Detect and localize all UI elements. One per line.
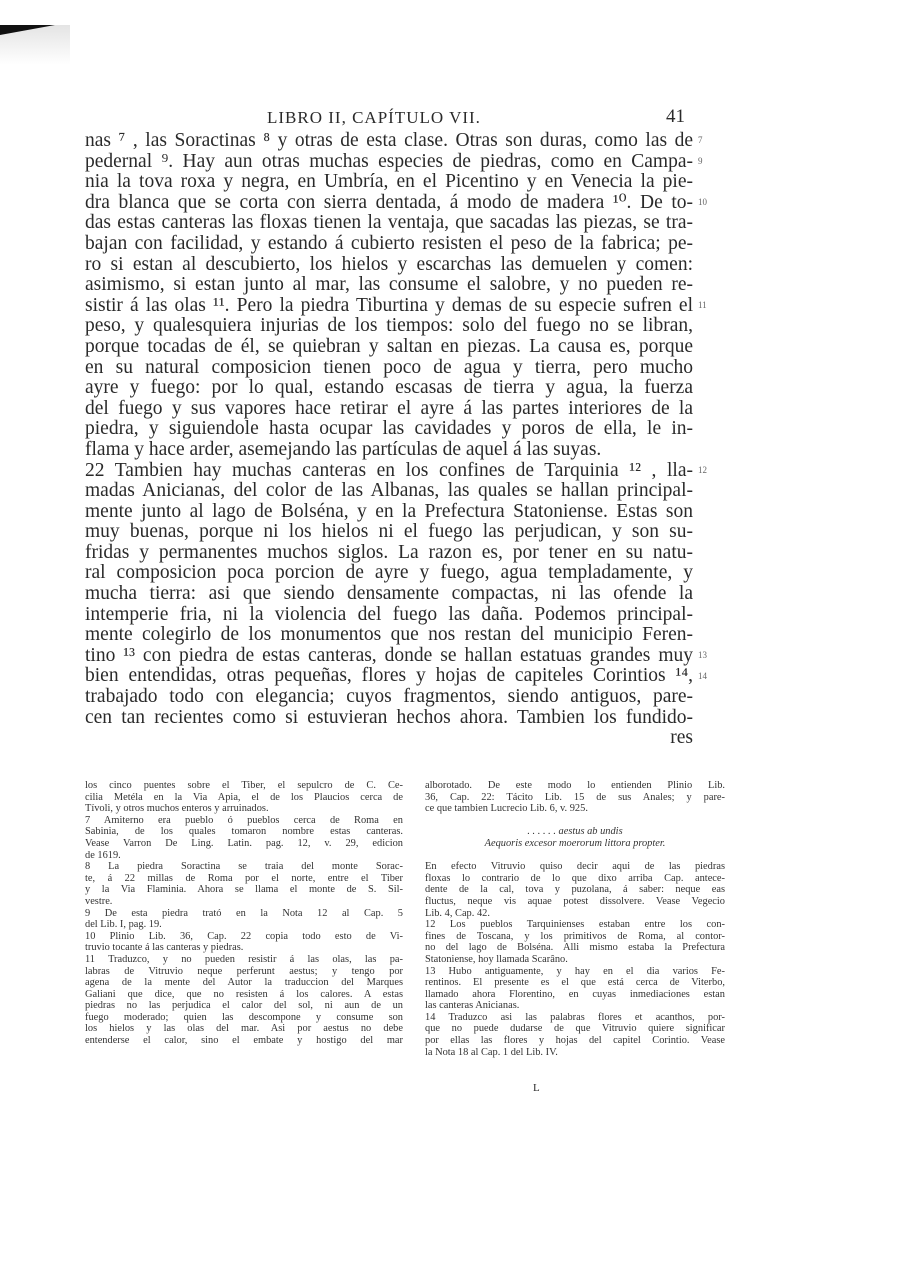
footnote-line: Aequoris excesor moerorum littora propte… [425,838,725,850]
footnote-line: los cinco puentes sobre el Tiber, el sep… [85,780,403,792]
footnote-line: 10 Plinio Lib. 36, Cap. 22 copia todo es… [85,931,403,943]
margin-note: 13 [698,650,707,660]
footnotes-left-column: los cinco puentes sobre el Tiber, el sep… [85,780,403,1047]
footnote-line: fines de Toscana, y los primitivos de Ro… [425,931,725,943]
footnote-line: En efecto Vitruvio quiso decir aqui de l… [425,861,725,873]
footnotes-right-column: alborotado. De este modo lo entienden Pl… [425,780,725,1058]
text-line: madas Anicianas, del color de las Albana… [85,481,693,502]
footnote-line: 13 Hubo antiguamente, y hay en el dia va… [425,966,725,978]
footnote-line: los hielos y las olas del mar. Asi por a… [85,1023,403,1035]
scan-corner-artifact [0,25,55,35]
text-line: 22 Tambien hay muchas canteras en los co… [85,461,693,482]
footnote-line: fluctus, neque vis aquae potest dissolve… [425,896,725,908]
footnote-line: no del lago de Bolséna. Alli mismo estab… [425,942,725,954]
text-line: porque tocadas de él, se quiebran y salt… [85,337,693,358]
text-line: peso, y qualesquiera injurias de los tie… [85,316,693,337]
text-line: nas ⁷ , las Soractinas ⁸ y otras de esta… [85,131,693,152]
footnote-line: del Lib. I, pag. 19. [85,919,403,931]
footnote-line: piedras no las perjudica el calor del so… [85,1000,403,1012]
footnote-line: . . . . . . aestus ab undis [425,826,725,838]
footnote-line [425,815,725,827]
text-line: das estas canteras las floxas tienen la … [85,213,693,234]
text-line: muy buenas, porque ni los hielos ni el f… [85,522,693,543]
text-line: bajan con facilidad, y estando á cubiert… [85,234,693,255]
text-line: dra blanca que se corta con sierra denta… [85,193,693,214]
footnote-line: rentinos. El presente es el que está cer… [425,977,725,989]
footnote-line: truvio tocante á las canteras y piedras. [85,942,403,954]
footnote-line: Lib. 4, Cap. 42. [425,908,725,920]
page-header: LIBRO II, CAPÍTULO VII. 41 [85,108,685,132]
running-head: LIBRO II, CAPÍTULO VII. [267,108,481,128]
footnote-line: Galiani que dice, que no resisten á los … [85,989,403,1001]
footnote-line: las canteras Anicianas. [425,1000,725,1012]
signature-mark: L [533,1082,540,1094]
footnote-line: labras de Vitruvio neque perferunt aestu… [85,966,403,978]
margin-note: 7 [698,135,703,145]
text-line: ayre y fuego: por lo qual, estando escas… [85,378,693,399]
text-line: del fuego y sus vapores hace retirar el … [85,399,693,420]
footnote-line: y la Via Flaminia. Ahora se llama el mon… [85,884,403,896]
text-line: asimismo, si estan junto al mar, las con… [85,275,693,296]
footnote-line: la Nota 18 al Cap. 1 del Lib. IV. [425,1047,725,1059]
text-line: fridas y permanentes muchos siglos. La r… [85,543,693,564]
text-line: tino ¹³ con piedra de estas canteras, do… [85,646,693,667]
footnote-line: 12 Los pueblos Tarquinienses estaban ent… [425,919,725,931]
footnote-line: 11 Traduzco, y no pueden resistir á las … [85,954,403,966]
footnote-line: Tívoli, y otros muchos enteros y arruina… [85,803,403,815]
footnote-line: de 1619. [85,850,403,862]
text-line: flama y hace arder, asemejando las partí… [85,440,693,461]
margin-note: 9 [698,156,703,166]
main-text: nas ⁷ , las Soractinas ⁸ y otras de esta… [85,131,693,749]
text-line: cen tan recientes como si estuvieran hec… [85,708,693,729]
footnote-line: agena de la mente del Autor la traduccio… [85,977,403,989]
text-line: sistir á las olas ¹¹. Pero la piedra Tib… [85,296,693,317]
text-line: ro si estan al descubierto, los hielos y… [85,255,693,276]
text-line: ral composicion poca porcion de ayre y f… [85,563,693,584]
footnote-line: 14 Traduzco asi las palabras flores et a… [425,1012,725,1024]
footnote-line: que no puede dudarse de que Vitruvio qui… [425,1023,725,1035]
footnote-line: cilia Metéla en la Via Apia, el de los P… [85,792,403,804]
footnote-line: 36, Cap. 22: Tácito Lib. 15 de sus Anale… [425,792,725,804]
text-line: mente junto al lago de Bolséna, y en la … [85,502,693,523]
text-line: bien entendidas, otras pequeñas, flores … [85,666,693,687]
footnote-line: ce que tambien Lucrecio Lib. 6, v. 925. [425,803,725,815]
footnote-line: vestre. [85,896,403,908]
footnote-line: 8 La piedra Soractina se traia del monte… [85,861,403,873]
footnote-line: 9 De esta piedra trató en la Nota 12 al … [85,908,403,920]
footnote-line: floxas lo contrario de lo que dixo arrib… [425,873,725,885]
text-line: mente colegirlo de los monumentos que no… [85,625,693,646]
text-line: nia la tova roxa y negra, en Umbría, en … [85,172,693,193]
footnote-line: Vease Varron De Ling. Latin. pag. 12, v.… [85,838,403,850]
margin-note: 12 [698,465,707,475]
text-line: piedra, y siguiendole hasta ocupar las c… [85,419,693,440]
footnote-line: llamado ahora Florentino, en cuyas inmed… [425,989,725,1001]
text-line: intemperie fria, ni la violencia del fue… [85,605,693,626]
footnote-line [425,850,725,862]
page-number: 41 [666,106,685,128]
footnote-line: alborotado. De este modo lo entienden Pl… [425,780,725,792]
text-line: en su natural composicion tienen poco de… [85,358,693,379]
footnote-line: te, á 22 millas de Roma por el norte, en… [85,873,403,885]
footnote-line: por ellas las flores y hojas del capitel… [425,1035,725,1047]
margin-note: 10 [698,197,707,207]
text-line: pedernal ⁹. Hay aun otras muchas especie… [85,152,693,173]
text-line: res [85,728,693,749]
margin-note: 11 [698,300,707,310]
footnote-line: fuego moderado; quien las descompone y c… [85,1012,403,1024]
text-line: trabajado todo con elegancia; cuyos frag… [85,687,693,708]
footnote-line: Sabinia, de los quales tomaron nombre es… [85,826,403,838]
footnote-line: 7 Amiterno era pueblo ó pueblos cerca de… [85,815,403,827]
footnote-line: Statoniense, hoy llamada Scarâno. [425,954,725,966]
footnote-line: entenderse el calor, sino el embate y ho… [85,1035,403,1047]
footnote-line: dente de la cal, tova y puzolana, á sabe… [425,884,725,896]
text-line: mucha tierra: asi que siendo densamente … [85,584,693,605]
margin-note: 14 [698,671,707,681]
